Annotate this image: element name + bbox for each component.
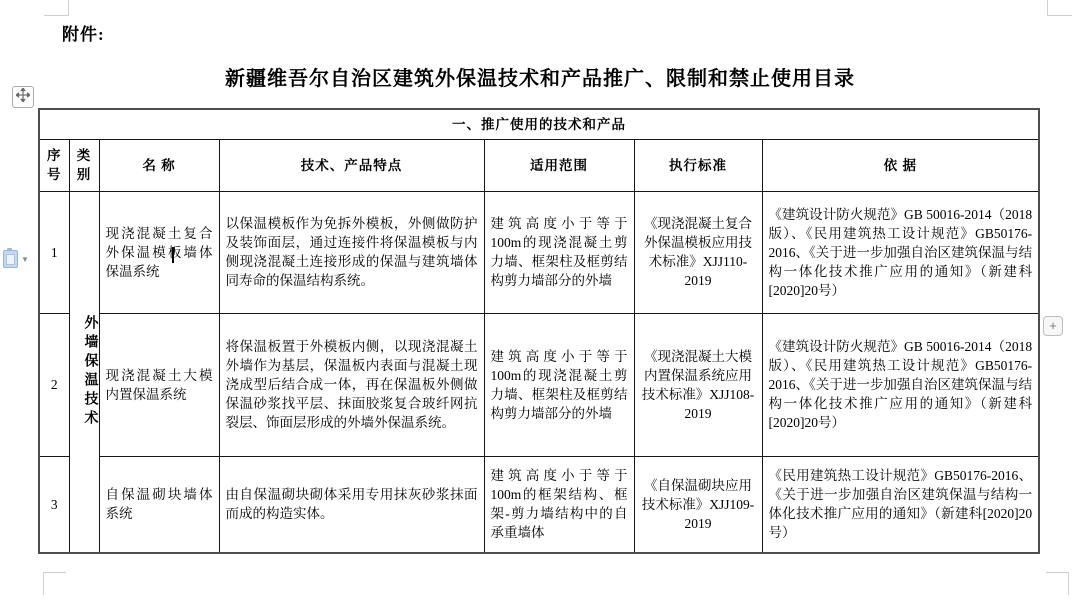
cell-basis-1[interactable]: 《建筑设计防火规范》GB 50016-2014（2018版）、《民用建筑热工设计…	[762, 191, 1039, 313]
cell-name-1[interactable]: 现浇混凝土复合外保温模板墙体保温系统	[99, 191, 219, 313]
cell-no-1[interactable]: 1	[39, 191, 69, 313]
table-row: 3 自保温砌块墙体系统 由自保温砌块砌体采用专用抹灰砂浆抹面而成的构造实体。 建…	[39, 456, 1039, 553]
cell-features-3[interactable]: 由自保温砌块砌体采用专用抹灰砂浆抹面而成的构造实体。	[219, 456, 484, 553]
paste-options-button[interactable]: ▼	[3, 250, 35, 268]
cell-name-2[interactable]: 现浇混凝土大模内置保温系统	[99, 313, 219, 456]
table-row: 2 现浇混凝土大模内置保温系统 将保温板置于外模板内侧，以现浇混凝土外墙作为基层…	[39, 313, 1039, 456]
promotion-catalog-table: 一、推广使用的技术和产品 序号 类别 名 称 技术、产品特点 适用范围 执行标准…	[38, 108, 1040, 554]
paste-options-clipboard-icon	[3, 250, 18, 268]
cell-standard-3[interactable]: 《自保温砌块应用技术标准》XJJ109-2019	[634, 456, 762, 553]
cell-features-2[interactable]: 将保温板置于外模板内侧，以现浇混凝土外墙作为基层，保温板内表面与混凝土现浇成型后…	[219, 313, 484, 456]
cell-no-3[interactable]: 3	[39, 456, 69, 553]
column-header-features[interactable]: 技术、产品特点	[219, 139, 484, 191]
page-margin-mark-bottom-right	[1046, 572, 1069, 595]
column-header-basis[interactable]: 依 据	[762, 139, 1039, 191]
cell-category-merged[interactable]: 外墙保温技术	[69, 191, 99, 553]
cell-standard-2[interactable]: 《现浇混凝土大模内置保温系统应用技术标准》XJJ108-2019	[634, 313, 762, 456]
text-caret	[172, 247, 174, 263]
insert-row-button[interactable]: +	[1043, 316, 1063, 336]
cell-basis-2[interactable]: 《建筑设计防火规范》GB 50016-2014（2018版）、《民用建筑热工设计…	[762, 313, 1039, 456]
cell-no-2[interactable]: 2	[39, 313, 69, 456]
category-vertical-label: 外墙保温技术	[76, 315, 100, 429]
cell-standard-1[interactable]: 《现浇混凝土复合外保温模板应用技术标准》XJJ110-2019	[634, 191, 762, 313]
page-margin-mark-top-right	[1047, 0, 1072, 16]
page-margin-mark-top-left	[44, 0, 69, 16]
document-title[interactable]: 新疆维吾尔自治区建筑外保温技术和产品推广、限制和禁止使用目录	[0, 62, 1080, 91]
move-arrows-icon	[16, 88, 30, 107]
cell-basis-3[interactable]: 《民用建筑热工设计规范》GB50176-2016、《关于进一步加强自治区建筑保温…	[762, 456, 1039, 553]
table-row: 1 外墙保温技术 现浇混凝土复合外保温模板墙体保温系统 以保温模板作为免拆外模板…	[39, 191, 1039, 313]
table-move-handle[interactable]	[12, 86, 34, 108]
attachment-label[interactable]: 附件:	[62, 20, 105, 45]
cell-name-3[interactable]: 自保温砌块墙体系统	[99, 456, 219, 553]
column-header-name[interactable]: 名 称	[99, 139, 219, 191]
column-header-scope[interactable]: 适用范围	[484, 139, 634, 191]
cell-scope-2[interactable]: 建筑高度小于等于100m的现浇混凝土剪力墙、框架柱及框剪结构剪力墙部分的外墙	[484, 313, 634, 456]
page-margin-mark-bottom-left	[43, 572, 66, 595]
section-header[interactable]: 一、推广使用的技术和产品	[39, 109, 1039, 139]
cell-scope-3[interactable]: 建筑高度小于等于100m的框架结构、框架-剪力墙结构中的自承重墙体	[484, 456, 634, 553]
column-header-category[interactable]: 类别	[69, 139, 99, 191]
cell-scope-1[interactable]: 建筑高度小于等于100m的现浇混凝土剪力墙、框架柱及框剪结构剪力墙部分的外墙	[484, 191, 634, 313]
column-header-no[interactable]: 序号	[39, 139, 69, 191]
column-header-standard[interactable]: 执行标准	[634, 139, 762, 191]
chevron-down-icon: ▼	[21, 255, 29, 264]
cell-features-1[interactable]: 以保温模板作为免拆外模板，外侧做防护及装饰面层，通过连接件将保温模板与内侧现浇混…	[219, 191, 484, 313]
